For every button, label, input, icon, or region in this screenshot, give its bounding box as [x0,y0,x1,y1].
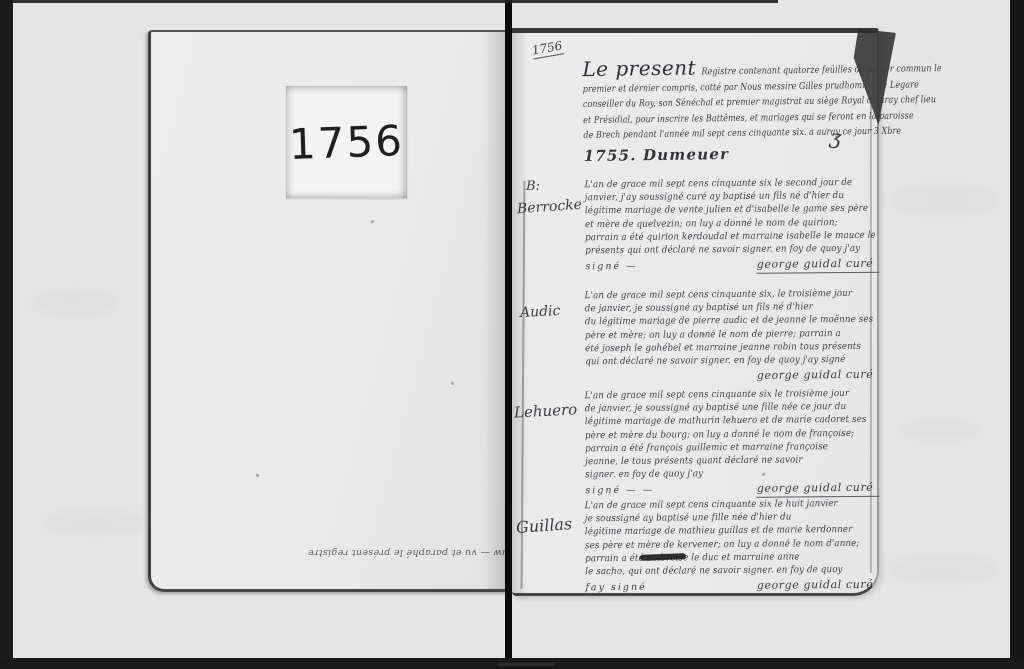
scan-smudge [30,290,120,316]
paper-speck [256,474,259,477]
record-margin-name: Audic [520,303,561,321]
record-closing: signé — — [585,485,654,497]
left-page: 1756 Guw — vu et paraphé le présent regi… [148,30,508,592]
record-margin-name: Lehuero [514,400,578,421]
paper-speck [762,473,765,476]
cure-signature: george guidal curé [757,578,880,592]
record-line: le sacho, qui ont déclaré ne savoir sign… [585,563,856,579]
baptism-record: Audic L'an de grace mil sept cens cinqua… [512,288,877,382]
cropped-caption-fragment [497,663,555,666]
scan-smudge [885,555,1000,583]
record-line: signer. en foy de quoy j'ay [585,466,856,482]
header-line: de Brech pendant l'année mil sept cens c… [583,125,832,144]
paper-speck [702,333,705,336]
record-line: qui ont déclaré ne savoir signer. en foy… [585,353,856,369]
pasted-year-label: 1756 [286,86,407,198]
record-margin-initial: B: [526,179,540,194]
baptism-record: Lehuero L'an de grace mil sept cens cinq… [512,388,877,498]
cure-signature: george guidal curé [757,368,880,382]
scan-right-border [1010,0,1024,669]
paper-speck [451,382,454,385]
record-margin-name: Berrocke [517,197,583,217]
header-line: Registre contenant quatorze feüilles de … [701,61,941,80]
book-gutter [505,0,512,658]
record-margin-name: Guillas [515,514,572,537]
record-line: présents qui ont déclaré ne savoir signe… [585,242,856,258]
scan-smudge [890,185,1000,215]
scan-top-edge [0,0,778,3]
cure-signature: george guidal curé [757,481,880,498]
scanned-register-page: 1756 Guw — vu et paraphé le présent regi… [0,0,1024,669]
margin-year: 1756 [531,38,564,59]
year-label-text: 1756 [288,116,405,169]
right-page: 1756 Le present Registre contenant quato… [512,28,879,596]
record-closing: fay signé [585,582,646,594]
scan-smudge [900,420,980,440]
header-lead-word: Le present [582,55,696,81]
baptism-record: Guillas L'an de grace mil sept cens cinq… [512,498,877,592]
scan-left-border [0,0,13,669]
cure-signature: george guidal curé [757,257,880,274]
paper-speck [371,220,374,223]
record-closing: signé — [585,261,637,272]
baptism-record: B: Berrocke L'an de grace mil sept cens … [512,177,877,274]
scan-smudge [40,510,150,534]
upside-down-note: Guw — vu et paraphé le présent registre [294,547,516,558]
